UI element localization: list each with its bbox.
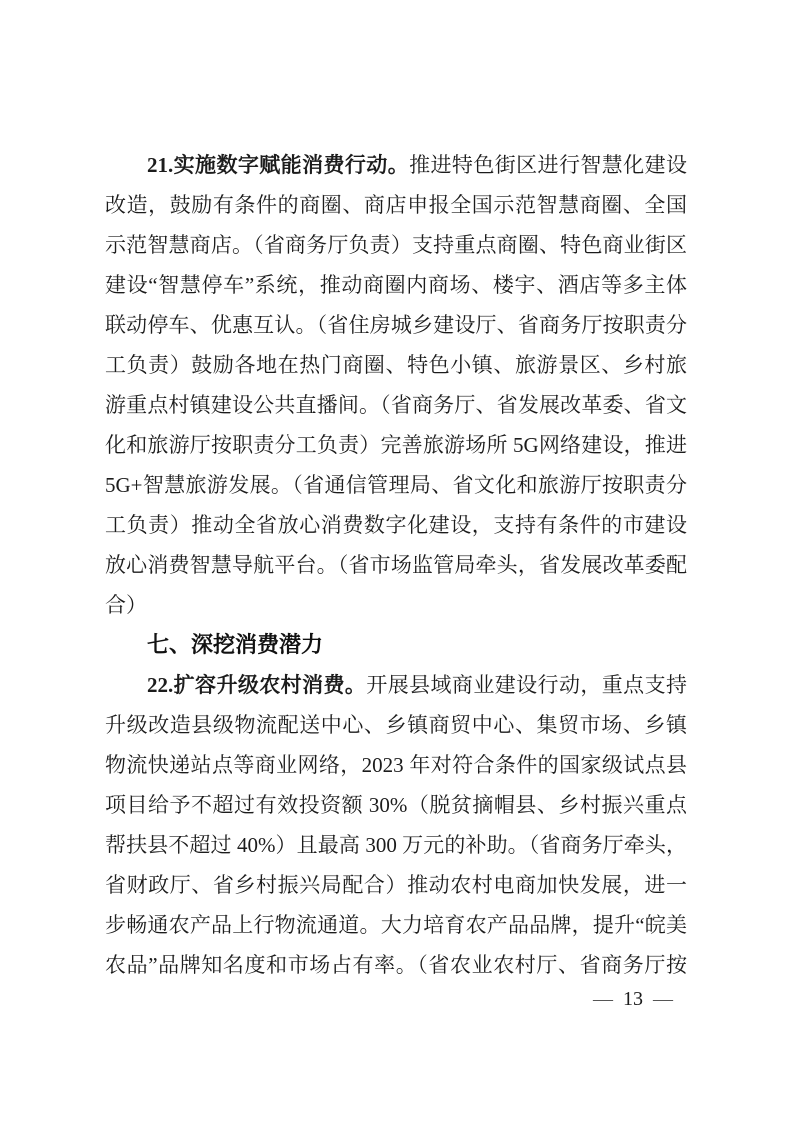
document-page: 21.实施数字赋能消费行动。推进特色街区进行智慧化建设 改造，鼓励有条件的商圈、… [0, 0, 793, 1122]
text-line: 示范智慧商店。（省商务厅负责）支持重点商圈、特色商业街区 [105, 225, 687, 265]
page-number-value: 13 [623, 988, 643, 1010]
text-line: 物流快递站点等商业网络，2023 年对符合条件的国家级试点县 [105, 745, 687, 785]
section-heading: 七、深挖消费潜力 [105, 625, 687, 665]
text-line: 升级改造县级物流配送中心、乡镇商贸中心、集贸市场、乡镇 [105, 705, 687, 745]
paragraph-22-number-title: 22.扩容升级农村消费。 [147, 673, 366, 697]
paragraph-21-first-line: 21.实施数字赋能消费行动。推进特色街区进行智慧化建设 [105, 145, 687, 185]
paragraph-21-first-line-text: 推进特色街区进行智慧化建设 [409, 153, 687, 177]
text-block: 21.实施数字赋能消费行动。推进特色街区进行智慧化建设 改造，鼓励有条件的商圈、… [105, 145, 687, 985]
text-line: 联动停车、优惠互认。（省住房城乡建设厅、省商务厅按职责分 [105, 305, 687, 345]
text-line: 省财政厅、省乡村振兴局配合）推动农村电商加快发展，进一 [105, 865, 687, 905]
paragraph-22-first-line-text: 开展县域商业建设行动，重点支持 [366, 673, 687, 697]
text-line: 步畅通农产品上行物流通道。大力培育农产品品牌，提升“皖美 [105, 905, 687, 945]
text-line: 放心消费智慧导航平台。（省市场监管局牵头，省发展改革委配 [105, 545, 687, 585]
text-line: 工负责）推动全省放心消费数字化建设，支持有条件的市建设 [105, 505, 687, 545]
paragraph-21-number-title: 21.实施数字赋能消费行动。 [147, 153, 409, 177]
text-line: 农品”品牌知名度和市场占有率。（省农业农村厅、省商务厅按 [105, 945, 687, 985]
paragraph-22-first-line: 22.扩容升级农村消费。开展县域商业建设行动，重点支持 [105, 665, 687, 705]
text-line: 建设“智慧停车”系统，推动商圈内商场、楼宇、酒店等多主体 [105, 265, 687, 305]
text-line: 项目给予不超过有效投资额 30%（脱贫摘帽县、乡村振兴重点 [105, 785, 687, 825]
text-line: 5G+智慧旅游发展。（省通信管理局、省文化和旅游厅按职责分 [105, 465, 687, 505]
text-line: 游重点村镇建设公共直播间。（省商务厅、省发展改革委、省文 [105, 385, 687, 425]
text-line: 改造，鼓励有条件的商圈、商店申报全国示范智慧商圈、全国 [105, 185, 687, 225]
paragraph-21-last-line: 合） [105, 585, 687, 625]
text-line: 工负责）鼓励各地在热门商圈、特色小镇、旅游景区、乡村旅 [105, 345, 687, 385]
page-number-left-dash: — [593, 988, 613, 1010]
text-line: 帮扶县不超过 40%）且最高 300 万元的补助。（省商务厅牵头， [105, 825, 687, 865]
page-number-right-dash: — [653, 988, 673, 1010]
text-line: 化和旅游厅按职责分工负责）完善旅游场所 5G网络建设，推进 [105, 425, 687, 465]
page-number: —13— [105, 988, 673, 1011]
